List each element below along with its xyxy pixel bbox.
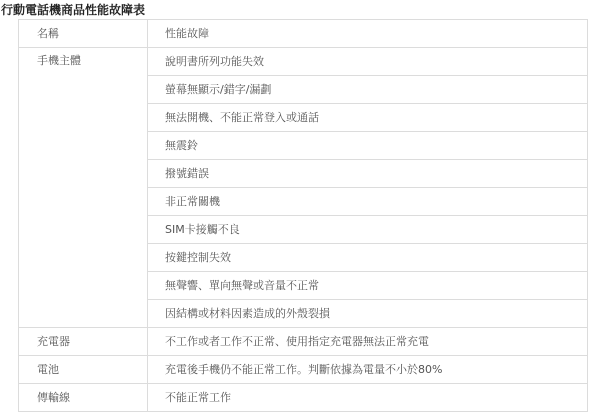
fault-cell: 無法開機、不能正常登入或通話 (148, 104, 588, 132)
table-row: 充電器 不工作或者工作不正常、使用指定充電器無法正常充電 (19, 328, 588, 356)
fault-cell: 說明書所列功能失效 (148, 48, 588, 76)
fault-cell: 不工作或者工作不正常、使用指定充電器無法正常充電 (148, 328, 588, 356)
fault-cell: 非正常關機 (148, 188, 588, 216)
group-name-handset: 手機主體 (19, 48, 148, 328)
fault-table: 名稱 性能故障 手機主體 說明書所列功能失效 螢幕無顯示/錯字/漏劃 無法開機、… (18, 19, 588, 412)
fault-cell: 無震鈴 (148, 132, 588, 160)
table-row: 手機主體 說明書所列功能失效 (19, 48, 588, 76)
header-fault: 性能故障 (148, 20, 588, 48)
fault-cell: 撥號錯誤 (148, 160, 588, 188)
fault-cell: 充電後手機仍不能正常工作。判斷依據為電量不小於80% (148, 356, 588, 384)
table-row: 電池 充電後手機仍不能正常工作。判斷依據為電量不小於80% (19, 356, 588, 384)
fault-cell: 因結構或材料因素造成的外殼裂損 (148, 300, 588, 328)
group-name-cable: 傳輸線 (19, 384, 148, 412)
fault-cell: 螢幕無顯示/錯字/漏劃 (148, 76, 588, 104)
header-name: 名稱 (19, 20, 148, 48)
fault-cell: 不能正常工作 (148, 384, 588, 412)
fault-cell: 無聲響、單向無聲或音量不正常 (148, 272, 588, 300)
table-title: 行動電話機商品性能故障表 (1, 2, 145, 18)
fault-cell: SIM卡接觸不良 (148, 216, 588, 244)
group-name-charger: 充電器 (19, 328, 148, 356)
table-row: 傳輸線 不能正常工作 (19, 384, 588, 412)
group-name-battery: 電池 (19, 356, 148, 384)
fault-cell: 按鍵控制失效 (148, 244, 588, 272)
table-header-row: 名稱 性能故障 (19, 20, 588, 48)
